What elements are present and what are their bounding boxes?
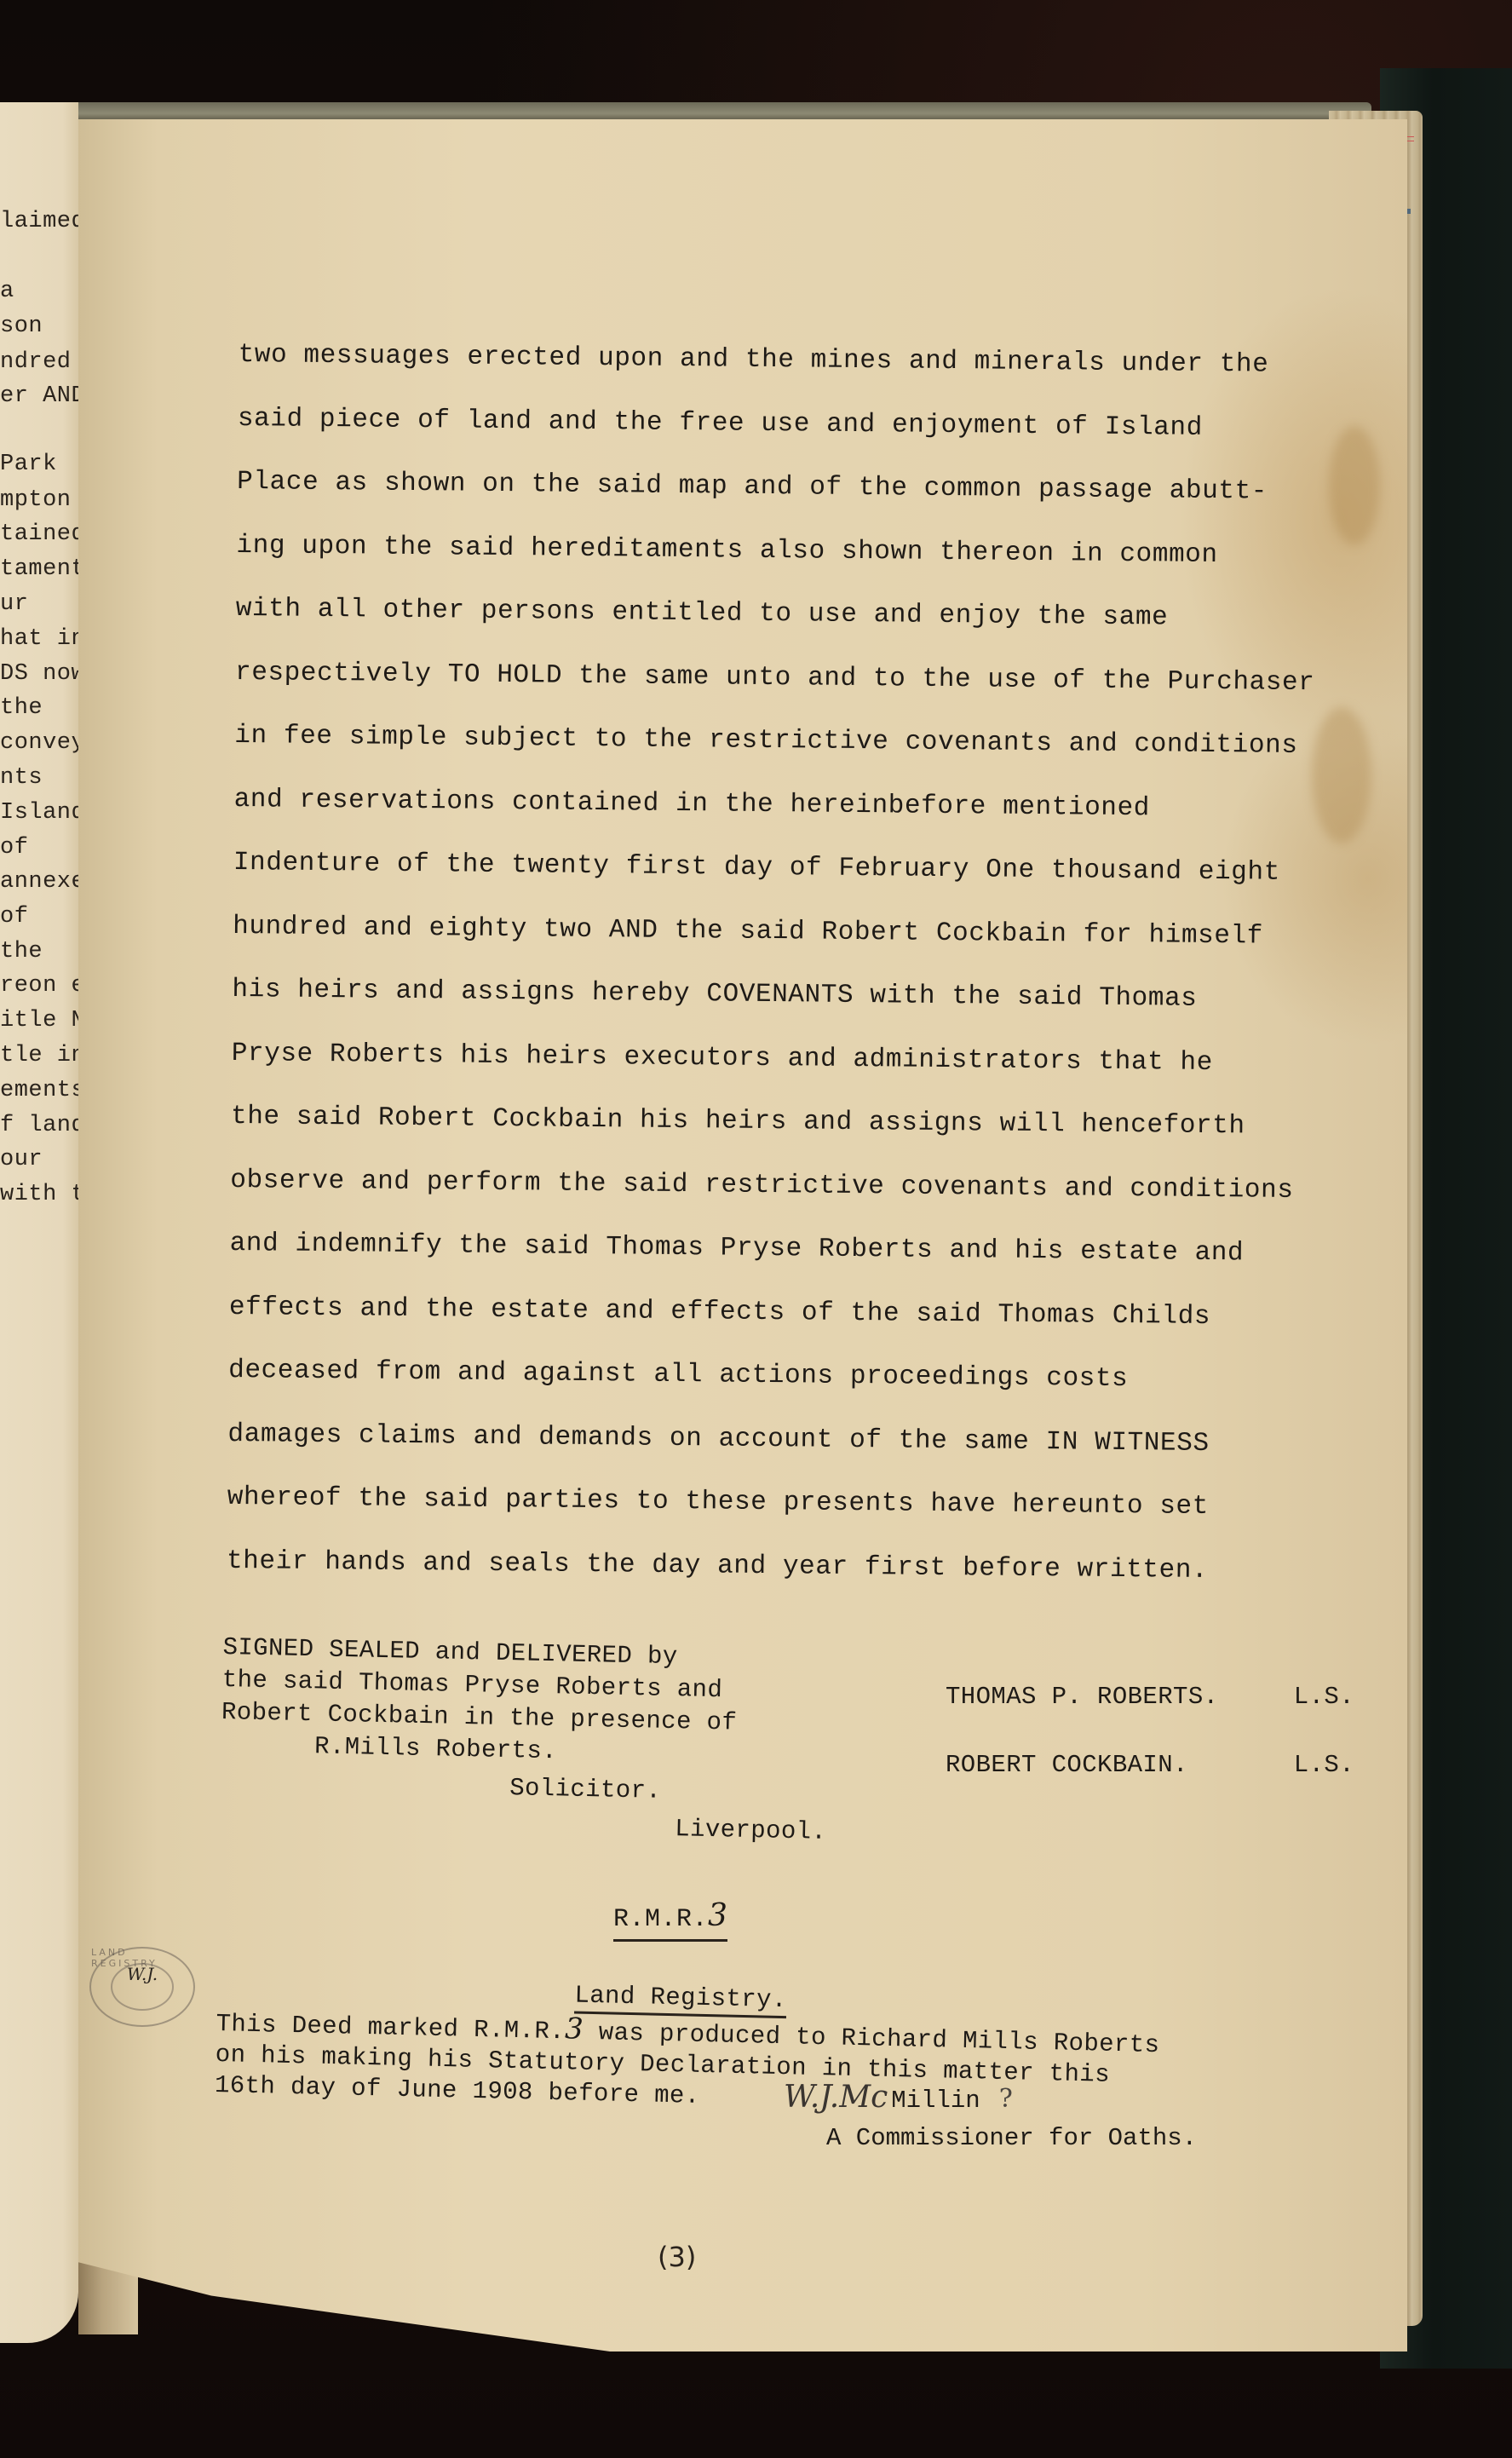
deed-line: observe and perform the said restrictive…	[230, 1148, 1355, 1223]
left-page-fragment: f land	[0, 1113, 78, 1138]
deed-line: two messuages erected upon and the mines…	[238, 324, 1363, 398]
left-page-fragment: with the	[0, 1182, 78, 1207]
typed-surname: Millin	[891, 2087, 980, 2115]
left-page-fragment: itle No.	[0, 1008, 78, 1033]
left-page-fragment: DS now	[0, 661, 78, 687]
left-page-fragment: a	[0, 279, 14, 304]
signatories: THOMAS P. ROBERTS. L.S. ROBERT COCKBAIN.…	[946, 1683, 1354, 1819]
left-page-fragment: annexed	[0, 869, 78, 895]
handwritten-number: 3	[565, 2012, 584, 2046]
stamp-ring-text: LAND REGISTRY	[91, 1947, 193, 1969]
commissioner-title: A Commissioner for Oaths.	[784, 2120, 1197, 2157]
left-page-fragment: tained	[0, 521, 78, 547]
left-page-fragment: ements	[0, 1078, 78, 1103]
deed-line: the said Robert Cockbain his heirs and a…	[231, 1085, 1356, 1160]
left-page-fragment: hat in	[0, 626, 78, 652]
left-page-fragment: ur	[0, 591, 28, 617]
seal-mark: L.S.	[1294, 1751, 1354, 1819]
deed-line: with all other persons entitled to use a…	[235, 578, 1360, 652]
deed-line: effects and the estate and effects of th…	[229, 1275, 1354, 1350]
left-page-fragment: Park	[0, 452, 57, 477]
left-page-fragment: tle in	[0, 1043, 78, 1068]
left-page-fragment: of	[0, 904, 28, 930]
left-page-fragment: Island	[0, 800, 78, 826]
left-page-fragment: our	[0, 1147, 43, 1172]
left-page-fragment: the	[0, 695, 43, 721]
deed-line: Place as shown on the said map and of th…	[237, 451, 1362, 525]
pencil-mark: ?	[999, 2084, 1013, 2114]
seal-mark: L.S.	[1294, 1683, 1354, 1751]
deed-line: and reservations contained in the herein…	[233, 768, 1359, 842]
left-page-fragment: the	[0, 939, 43, 964]
left-page-fragment: son	[0, 314, 43, 339]
left-page-fragment: reon edg	[0, 973, 78, 999]
land-registry-stamp-icon: LAND REGISTRY W.J.	[89, 1947, 195, 2027]
left-page-fragment: of	[0, 835, 28, 861]
deed-line: Indenture of the twenty first day of Feb…	[233, 832, 1359, 906]
deed-line: ing upon the said hereditaments also sho…	[236, 514, 1361, 588]
witness-title: Solicitor.	[220, 1766, 817, 1811]
land-registry-heading: Land Registry.	[574, 1981, 787, 2019]
deed-line: damages claims and demands on account of…	[227, 1402, 1353, 1477]
handwritten-signature: W.J.Mc	[784, 2080, 888, 2115]
signatory-name: THOMAS P. ROBERTS.	[946, 1683, 1218, 1751]
page-number: (3)	[658, 2241, 696, 2273]
left-page-fragment: nts	[0, 765, 43, 791]
deed-line: deceased from and against all actions pr…	[228, 1339, 1354, 1413]
signatory-row: THOMAS P. ROBERTS. L.S.	[946, 1683, 1354, 1751]
left-page-fragment: laimed	[0, 209, 78, 234]
deed-line: his heirs and assigns hereby COVENANTS w…	[232, 958, 1357, 1033]
page-top-edge	[68, 102, 1371, 121]
deed-line: whereof the said parties to these presen…	[227, 1466, 1352, 1540]
deed-line: in fee simple subject to the restrictive…	[234, 705, 1360, 779]
deed-line: their hands and seals the day and year f…	[227, 1529, 1352, 1603]
deed-body: two messuages erected upon and the mines…	[227, 324, 1363, 1604]
signatory-row: ROBERT COCKBAIN. L.S.	[946, 1751, 1354, 1819]
left-page-fragment: taments	[0, 556, 78, 582]
deed-line: hundred and eighty two AND the said Robe…	[233, 895, 1358, 969]
deed-mark: R.M.R.3	[613, 1898, 727, 1942]
deed-line: and indemnify the said Thomas Pryse Robe…	[229, 1212, 1354, 1287]
left-page-fragment: ndred	[0, 349, 72, 375]
deed-line: said piece of land and the free use and …	[238, 387, 1363, 461]
left-page-fragment: mpton	[0, 487, 72, 513]
left-page: laimed a son ndred er AND Park mpton tai…	[0, 102, 78, 2343]
left-page-fragment: convey	[0, 730, 78, 756]
signatory-name: ROBERT COCKBAIN.	[946, 1751, 1188, 1819]
deed-line: Pryse Roberts his heirs executors and ad…	[231, 1022, 1356, 1096]
left-page-fragment: er AND	[0, 383, 78, 409]
stamp-initials: W.J.	[111, 1963, 174, 2011]
commissioner-signature: W.J.McMillin? A Commissioner for Oaths.	[784, 2079, 1197, 2157]
deed-mark-number: 3	[708, 1898, 727, 1933]
deed-mark-prefix: R.M.R.	[613, 1905, 708, 1934]
attestation-clause: SIGNED SEALED and DELIVERED by the said …	[219, 1632, 819, 1849]
deed-line: respectively TO HOLD the same unto and t…	[235, 641, 1360, 715]
